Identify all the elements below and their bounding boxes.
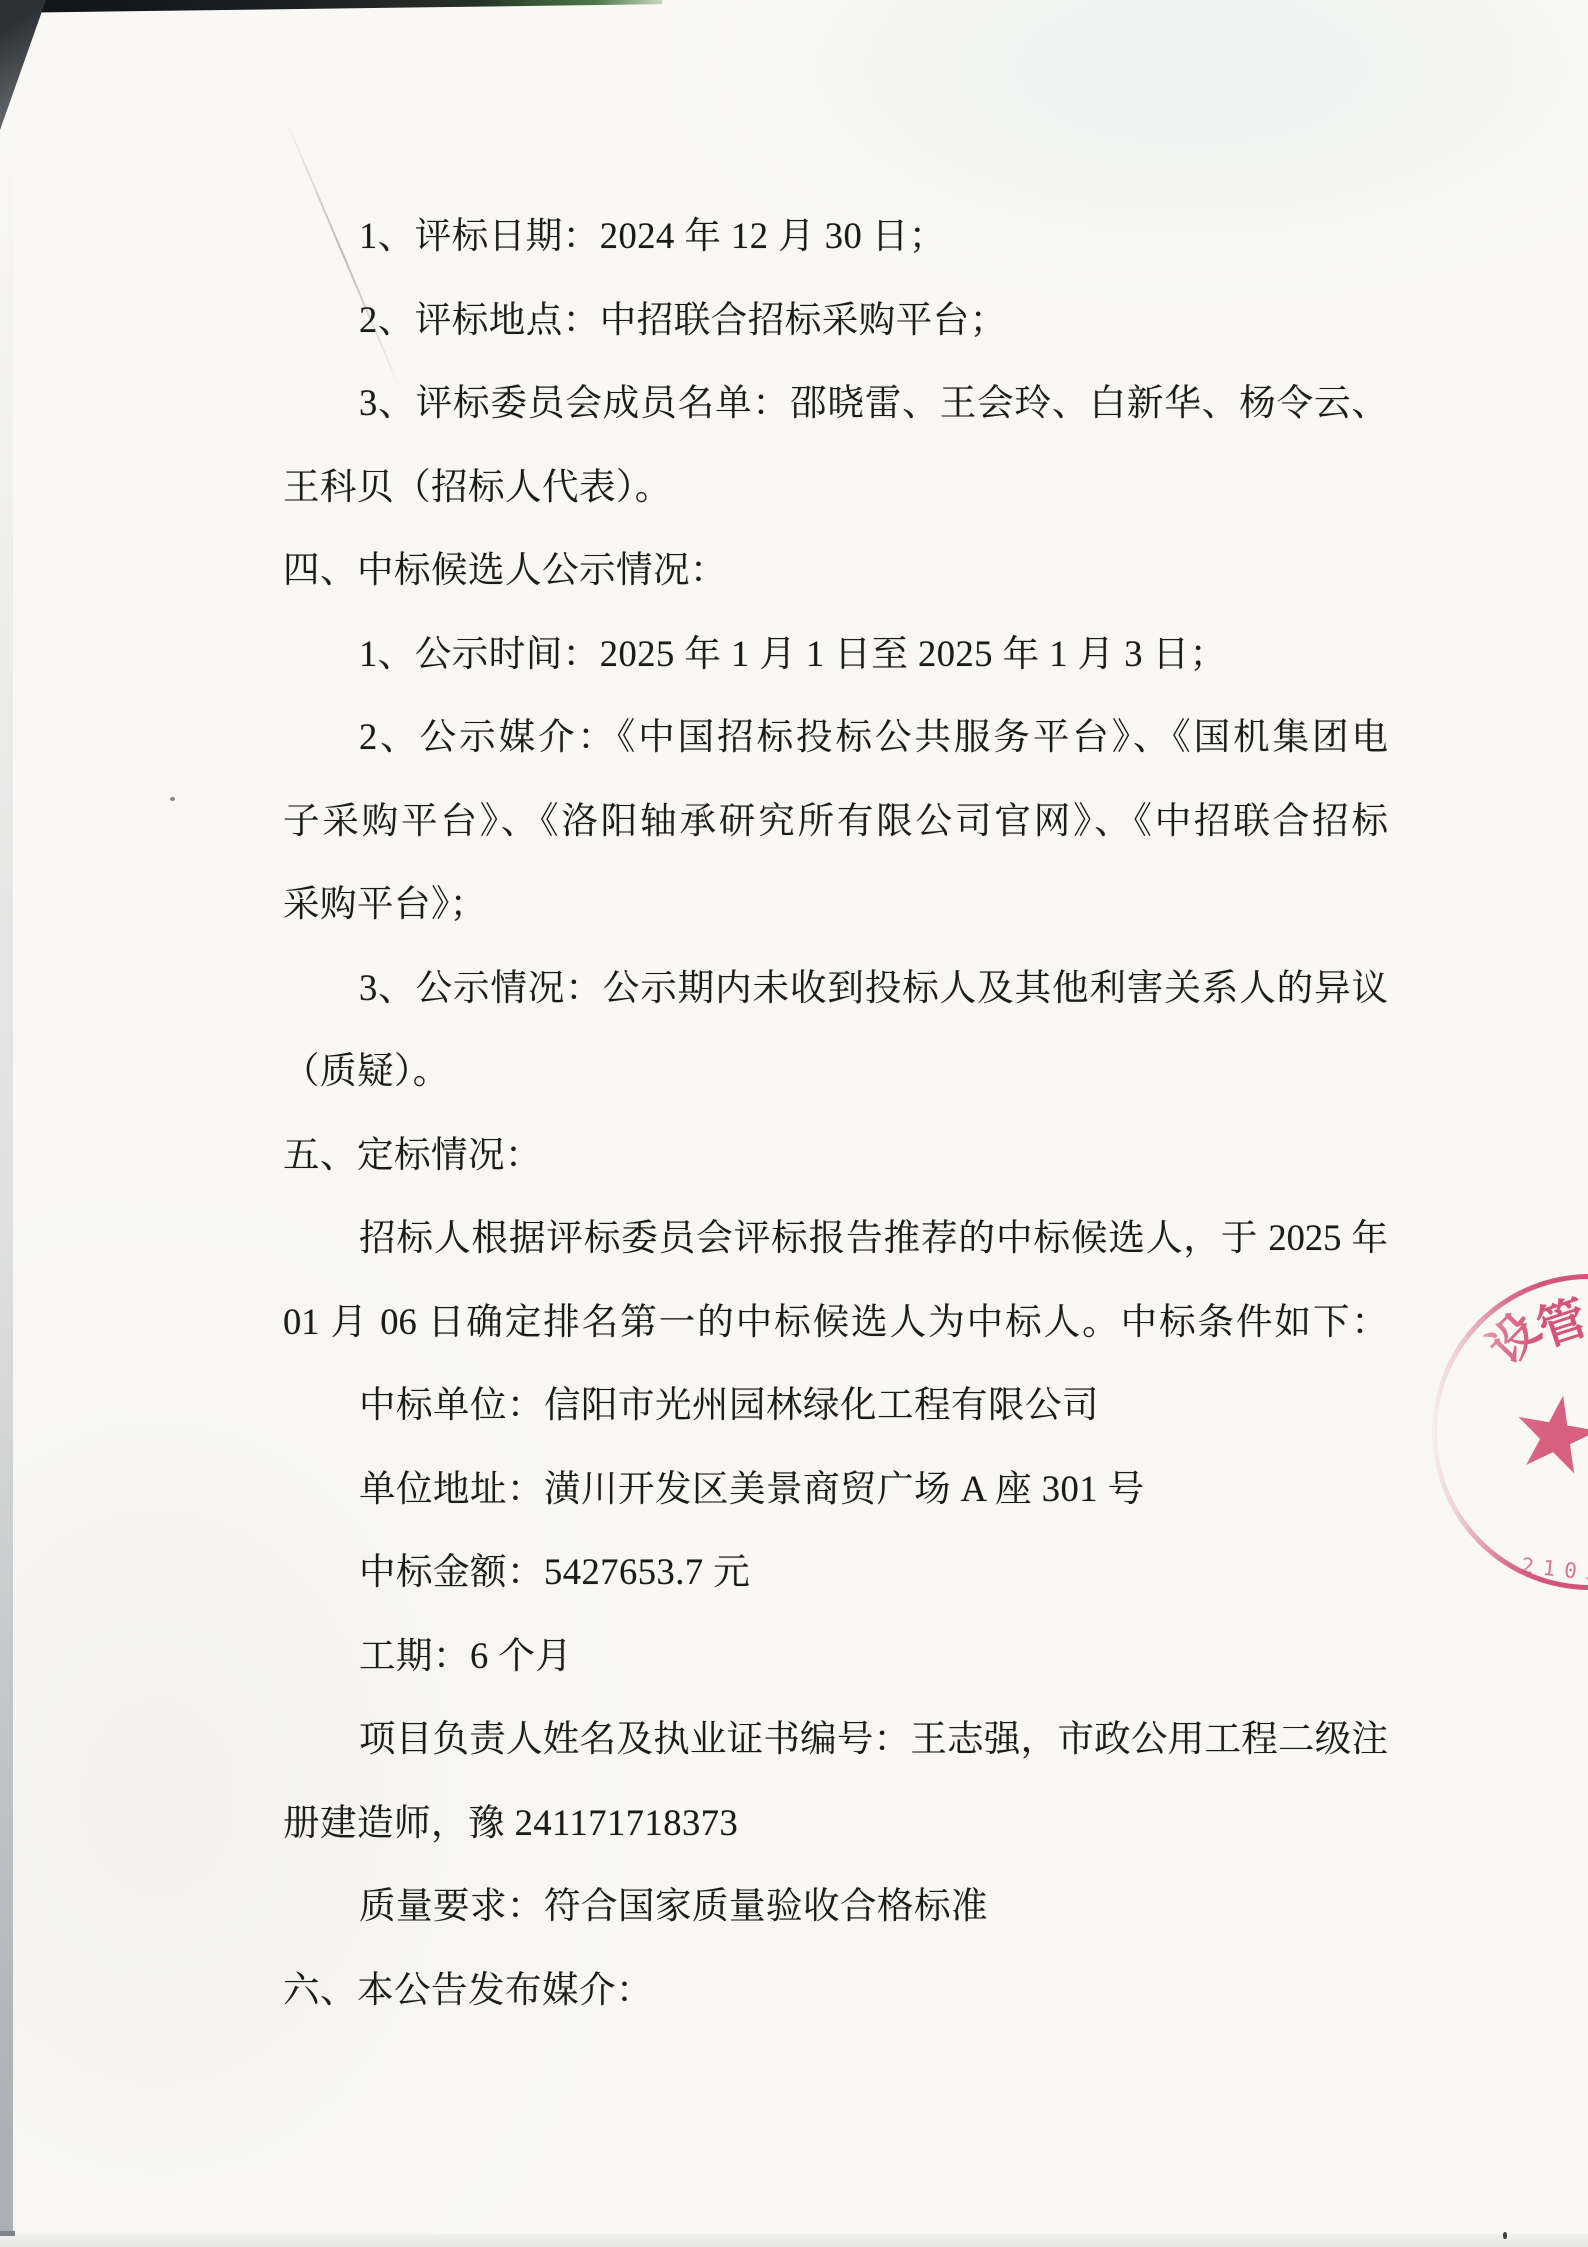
scan-edge-bottom-notch xyxy=(0,2231,15,2236)
scan-edge-bottom xyxy=(0,2234,1588,2247)
document-line: 3、评标委员会成员名单：邵晓雷、王会玲、白新华、杨令云、 xyxy=(283,361,1388,445)
document-line: 1、评标日期：2024 年 12 月 30 日； xyxy=(283,194,1388,278)
document-line: 四、中标候选人公示情况： xyxy=(283,528,1388,612)
document-line: 中标金额：5427653.7 元 xyxy=(283,1530,1388,1614)
document-line: 单位地址：潢川开发区美景商贸广场 A 座 301 号 xyxy=(283,1447,1388,1531)
document-line: 2、公示媒介：《中国招标投标公共服务平台》、《国机集团电 xyxy=(283,695,1388,779)
document-line: 五、定标情况： xyxy=(283,1113,1388,1197)
document-line: 采购平台》； xyxy=(283,862,1388,946)
scan-speck xyxy=(170,797,175,801)
document-line: 工期：6 个月 xyxy=(283,1614,1388,1698)
document-line: 项目负责人姓名及执业证书编号：王志强，市政公用工程二级注 xyxy=(283,1697,1388,1781)
scan-corner-top-left xyxy=(0,0,46,130)
document-line: 1、公示时间：2025 年 1 月 1 日至 2025 年 1 月 3 日； xyxy=(283,612,1388,696)
document-line: 01 月 06 日确定排名第一的中标候选人为中标人。中标条件如下： xyxy=(283,1280,1388,1364)
official-red-stamp: 设 管 2105 xyxy=(1425,1255,1588,1615)
scan-edge-top xyxy=(0,0,662,13)
document-line: 3、公示情况：公示期内未收到投标人及其他利害关系人的异议 xyxy=(283,946,1388,1030)
scan-edge-left xyxy=(0,120,13,2233)
document-line: 质量要求：符合国家质量验收合格标准 xyxy=(283,1864,1388,1948)
scanned-document-page: 1、评标日期：2024 年 12 月 30 日；2、评标地点：中招联合招标采购平… xyxy=(0,0,1588,2247)
document-text-block: 1、评标日期：2024 年 12 月 30 日；2、评标地点：中招联合招标采购平… xyxy=(283,194,1388,2031)
document-line: 2、评标地点：中招联合招标采购平台； xyxy=(283,278,1388,362)
document-line: 六、本公告发布媒介： xyxy=(283,1948,1388,2032)
document-line: （质疑）。 xyxy=(283,1029,1388,1113)
document-line: 册建造师，豫 241171718373 xyxy=(283,1781,1388,1865)
document-line: 子采购平台》、《洛阳轴承研究所有限公司官网》、《中招联合招标 xyxy=(283,779,1388,863)
document-line: 王科贝（招标人代表）。 xyxy=(283,445,1388,529)
document-line: 招标人根据评标委员会评标报告推荐的中标候选人，于 2025 年 xyxy=(283,1196,1388,1280)
document-line: 中标单位：信阳市光州园林绿化工程有限公司 xyxy=(283,1363,1388,1447)
scan-speck xyxy=(1503,2232,1507,2239)
